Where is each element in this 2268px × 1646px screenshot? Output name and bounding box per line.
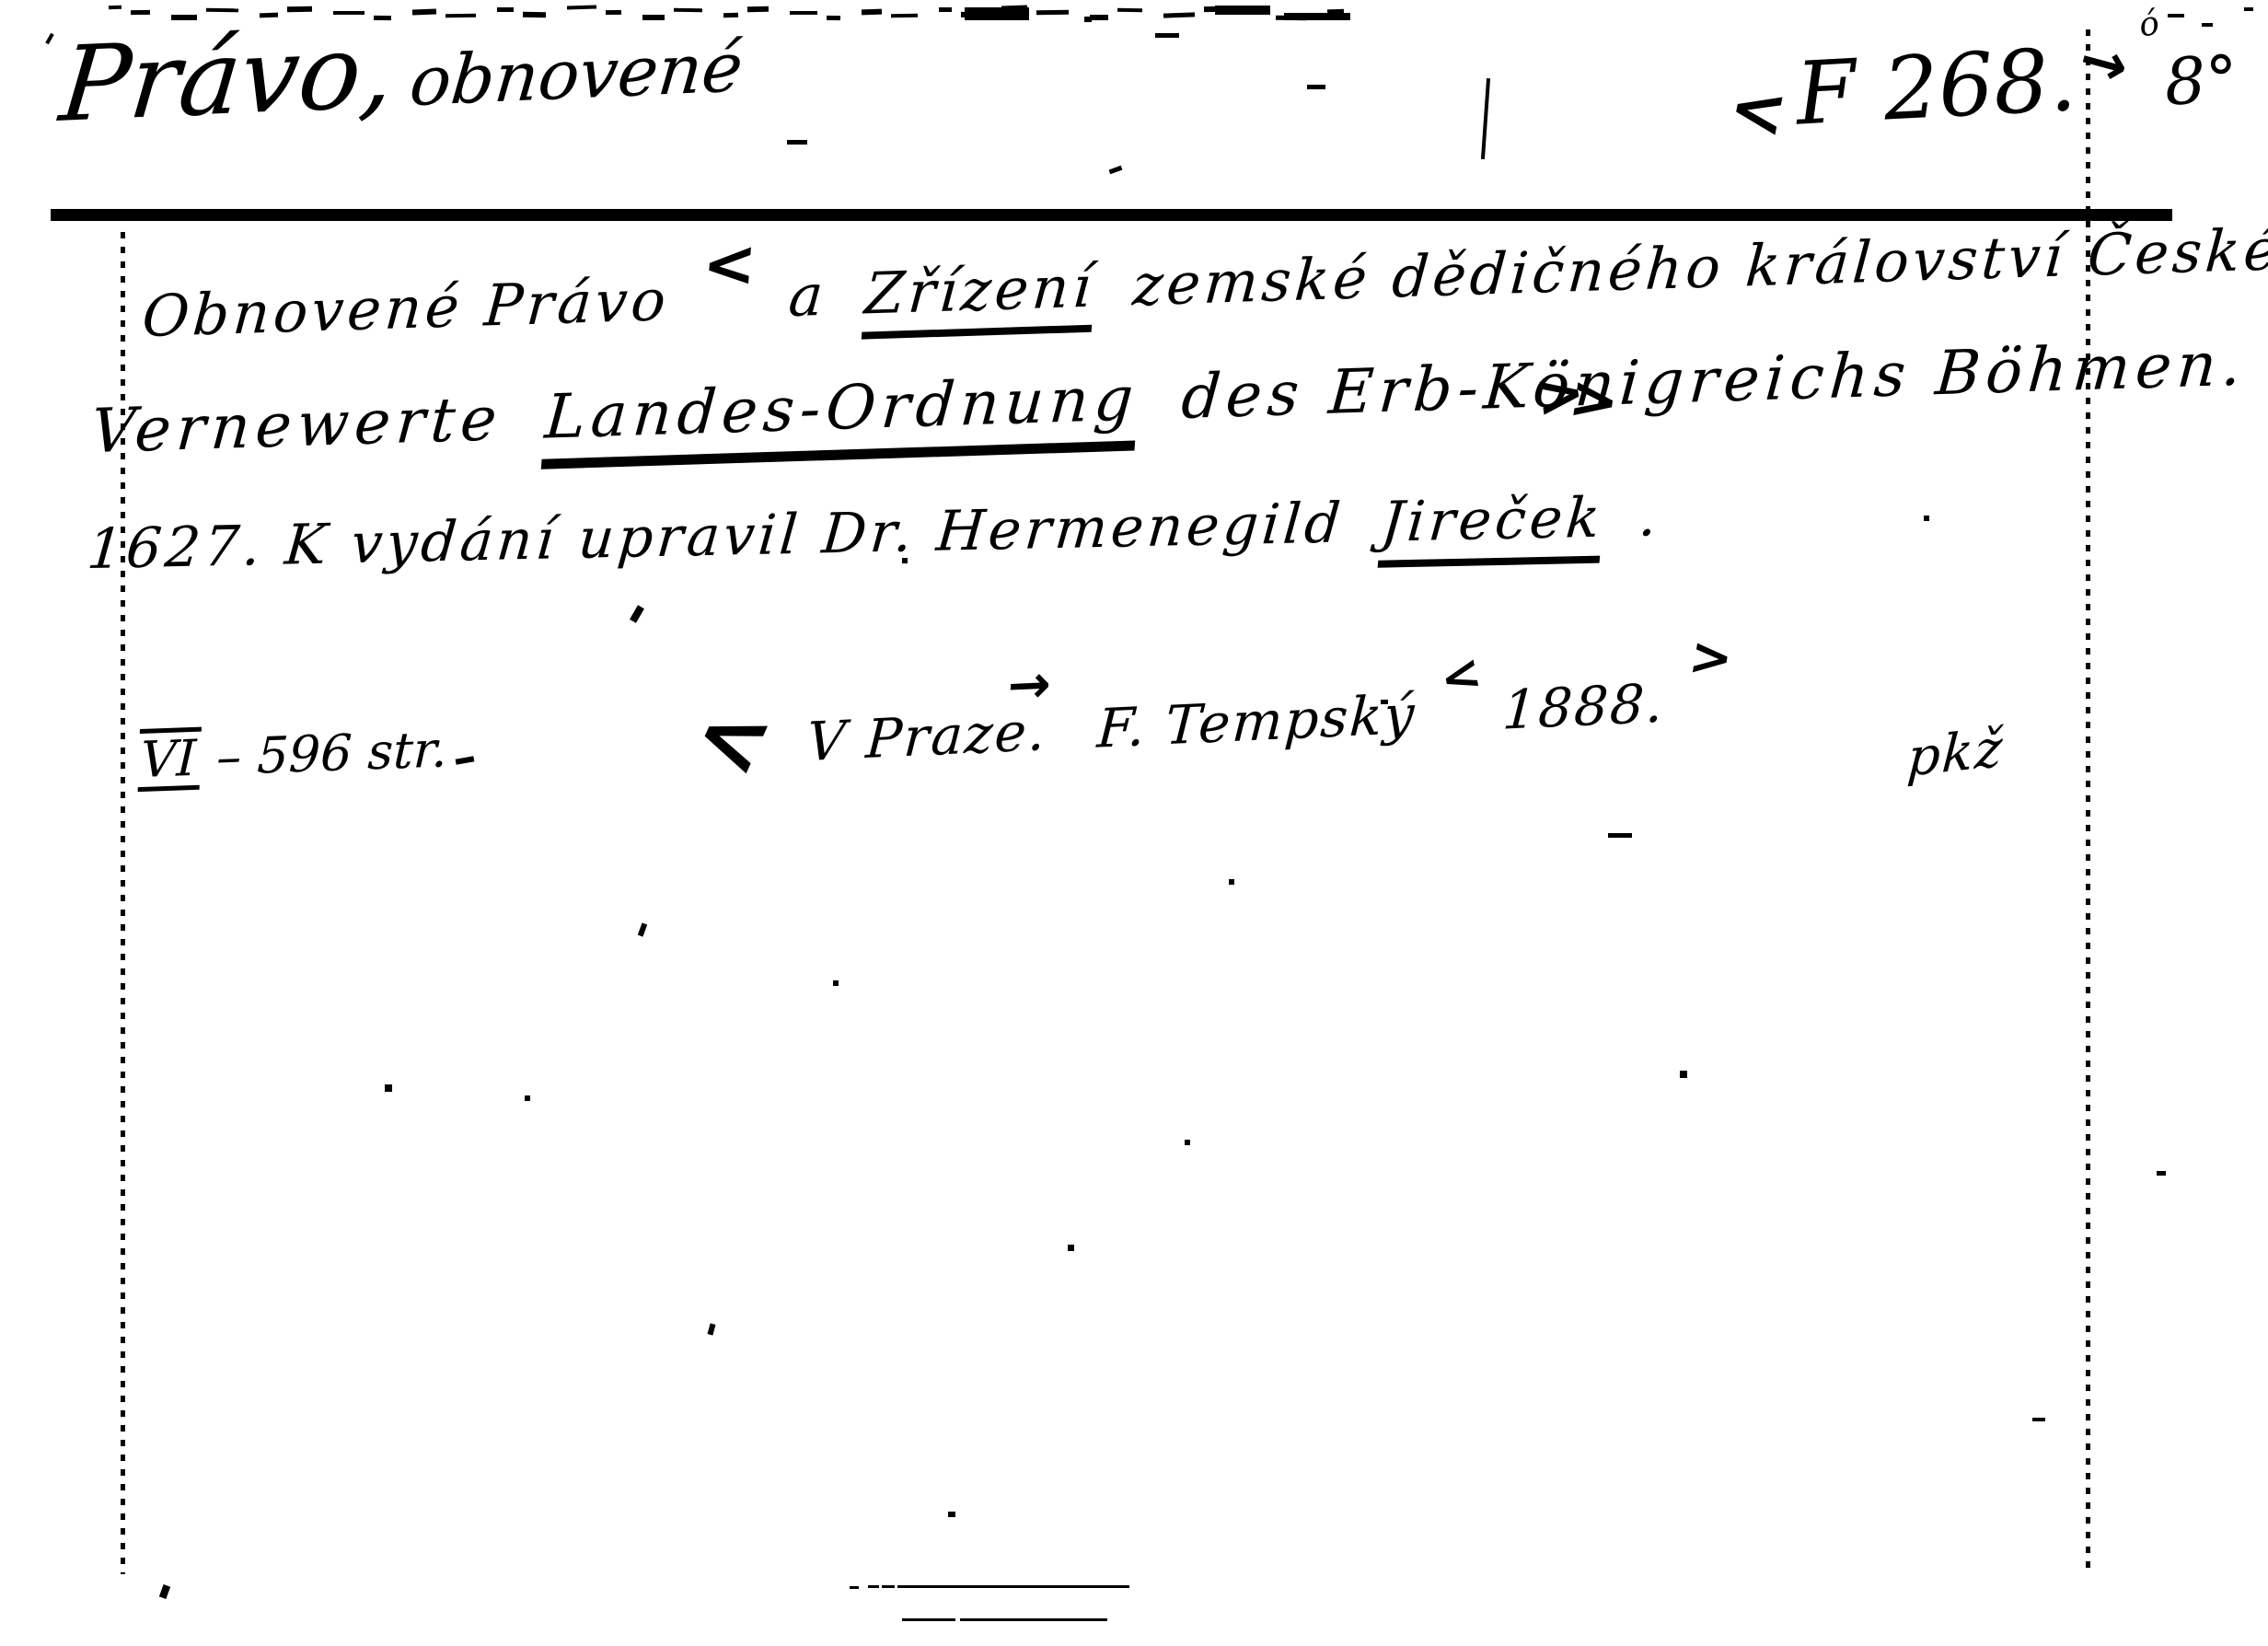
imprint: < V Praze. → F. Tempský < 1888. > [695, 636, 1736, 786]
scan-speck [948, 1512, 955, 1517]
scan-speck [1163, 12, 1195, 17]
collation: VI – 596 str. [138, 718, 449, 792]
scan-speck [1036, 10, 1069, 16]
scan-speck [2032, 1418, 2045, 1421]
scan-speck [1068, 1245, 1074, 1251]
scan-speck [2244, 7, 2253, 11]
scan-speck [1084, 17, 1092, 22]
title-de-part1: Vernewerte [88, 383, 504, 467]
insertion-caret-icon: > [1531, 358, 1589, 433]
edition-line: 1627. K vydání upravil Dr. Hermenegild J… [85, 484, 1663, 582]
scan-speck [897, 1585, 1129, 1588]
scan-speck [525, 1095, 530, 1101]
arrow-mark-icon: → [1006, 656, 1010, 716]
edition-part1: 1627. K vydání upravil Dr. Hermenegild [85, 491, 1347, 582]
header-rule [51, 209, 2172, 221]
scan-speck [787, 140, 807, 145]
scan-speck [1307, 85, 1325, 89]
scan-speck [891, 14, 918, 18]
title-cs-part3: zemské dědičného království Českého [1130, 213, 2268, 319]
edition-underlined: Jireček [1378, 486, 1606, 568]
format-mark: 8° [2163, 41, 2240, 121]
scan-speck [902, 1618, 955, 1621]
pages-count: – 596 str. [215, 720, 448, 786]
heading: Právo, obnovené [55, 0, 749, 145]
scan-speck [159, 1584, 170, 1599]
scan-speck [965, 7, 1029, 20]
stray-tick [1481, 78, 1490, 159]
heading-sub: obnovené [407, 28, 746, 122]
scan-speck [1229, 879, 1234, 885]
title-line-german: Vernewerte Landes-Ordnung des Erb-Königr… [88, 328, 2249, 467]
scan-speck [1284, 13, 1350, 20]
imprint-year: 1888. [1501, 671, 1667, 741]
shelfmark-block: < F 268. → 8° [1727, 22, 2240, 149]
title-cs-part2: a [786, 261, 828, 330]
edition-part2: . [1637, 484, 1663, 550]
scan-speck [287, 6, 312, 12]
insertion-caret-icon: > [1685, 627, 1740, 690]
scan-speck [1680, 1071, 1687, 1078]
title-line-czech: Obnovené Právo < a Zřízení zemské dědičn… [140, 206, 2268, 352]
scan-speck [131, 10, 150, 15]
catalog-card-scan: Právo, obnovené < F 268. → 8° ó Obnovené… [0, 0, 2268, 1646]
scan-speck [2157, 1171, 2166, 1176]
scan-speck [790, 11, 817, 15]
scan-speck [882, 1585, 895, 1588]
imprint-publisher: F. Tempský [1095, 683, 1417, 760]
scan-speck [1090, 15, 1108, 20]
scan-speck [456, 756, 475, 764]
scan-speck [1155, 33, 1179, 38]
scan-speck [1117, 8, 1142, 12]
heading-main: Právo, [55, 11, 399, 145]
scan-speck [833, 980, 839, 986]
scan-speck [1109, 166, 1123, 174]
scan-speck [850, 1586, 859, 1589]
arrow-mark-icon: → [2072, 24, 2135, 101]
scan-speck [2168, 14, 2184, 17]
scan-speck [862, 9, 882, 16]
scan-speck [206, 8, 238, 13]
scan-speck [1924, 516, 1929, 521]
title-cs-part1: Obnovené Právo [140, 266, 672, 350]
scan-speck [1608, 833, 1632, 838]
title-de-underlined: Landes-Ordnung [541, 363, 1141, 469]
scan-speck [868, 1585, 879, 1588]
volume-roman-numeral: VI [138, 727, 202, 792]
scan-speck [385, 1084, 392, 1092]
scan-speck [1215, 6, 1270, 15]
insertion-caret-icon: < [700, 226, 763, 303]
scan-speck [45, 33, 53, 44]
insertion-caret-icon: < [677, 677, 791, 800]
insertion-caret-icon: < [1436, 643, 1487, 709]
title-cs-underlined: Zřízení [862, 253, 1097, 340]
scan-speck [630, 605, 644, 623]
scan-speck [638, 922, 647, 936]
scan-speck [939, 7, 952, 12]
scan-speck [1185, 1140, 1190, 1145]
scan-speck [827, 16, 840, 20]
scan-speck [708, 1323, 716, 1335]
cataloguer-mark: pkž [1905, 718, 2006, 789]
insertion-caret-icon: < [1722, 66, 1793, 155]
scan-speck [747, 6, 769, 12]
scan-speck [960, 1618, 1107, 1621]
scan-speck [109, 6, 121, 9]
shelfmark-code: F 268. [1794, 30, 2079, 145]
